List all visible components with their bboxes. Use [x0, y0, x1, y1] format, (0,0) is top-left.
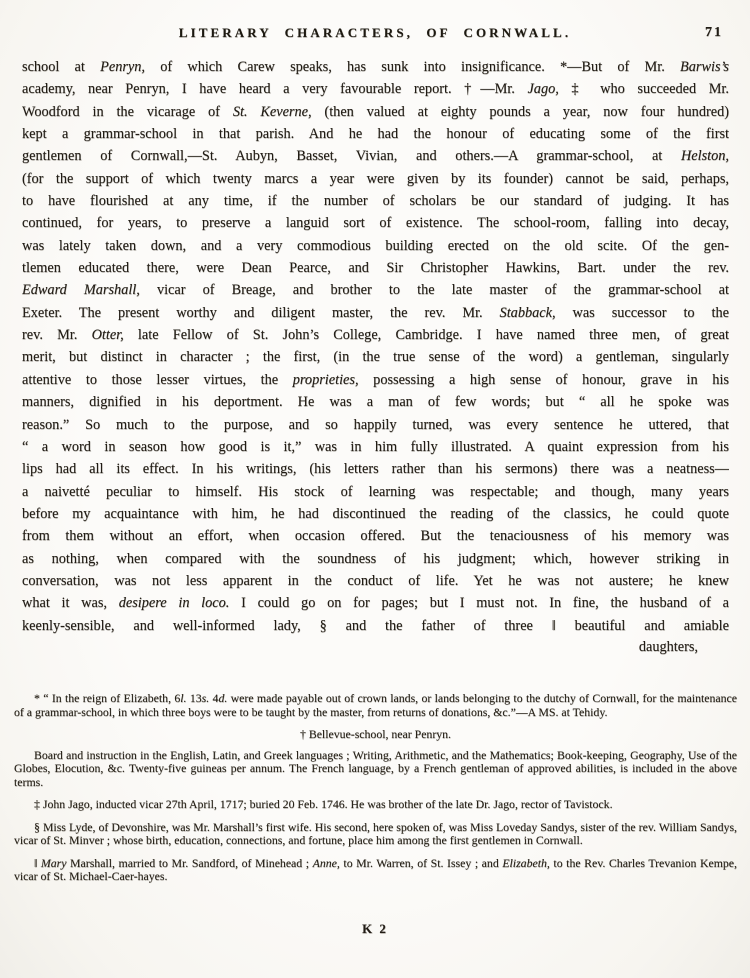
body-line: Exeter. The present worthy and diligent …: [22, 302, 729, 324]
body-line: rev. Mr. Otter, late Fellow of St. John’…: [22, 324, 729, 346]
body-line: manners, dignified in his deportment. He…: [22, 391, 729, 413]
body-line: what it was, desipere in loco. I could g…: [22, 592, 729, 614]
body-line: attentive to those lesser virtues, the p…: [22, 369, 729, 391]
body-line: keenly-sensible, and well-informed lady,…: [22, 615, 729, 637]
body-line: school at Penryn, of which Carew speaks,…: [22, 56, 729, 78]
footnote: ‡ John Jago, inducted vicar 27th April, …: [14, 798, 737, 812]
body-line: as nothing, when compared with the sound…: [22, 548, 729, 570]
body-text: school at Penryn, of which Carew speaks,…: [22, 56, 729, 637]
body-line: Edward Marshall, vicar of Breage, and br…: [22, 279, 729, 301]
body-line: merit, but distinct in character ; the f…: [22, 346, 729, 368]
running-title: LITERARY CHARACTERS, OF CORNWALL.: [179, 25, 571, 40]
footnote: † Bellevue-school, near Penryn.: [14, 728, 737, 742]
footnotes: * “ In the reign of Elizabeth, 6l. 13s. …: [14, 692, 737, 893]
footnote: Board and instruction in the English, La…: [14, 749, 737, 790]
running-head: LITERARY CHARACTERS, OF CORNWALL. 71: [0, 24, 750, 42]
catchword: daughters,: [639, 636, 698, 658]
body-line: was lately taken down, and a very commod…: [22, 235, 729, 257]
body-line: lips had all its effect. In his writings…: [22, 458, 729, 480]
body-line: (for the support of which twenty marcs a…: [22, 168, 729, 190]
body-line: conversation, was not less apparent in t…: [22, 570, 729, 592]
body-line: to have flourished at any time, if the n…: [22, 190, 729, 212]
body-line: from them without an effort, when occasi…: [22, 525, 729, 547]
footnote: * “ In the reign of Elizabeth, 6l. 13s. …: [14, 692, 737, 719]
footnote: ‖ Mary Marshall, married to Mr. Sandford…: [14, 857, 737, 884]
body-line: tlemen educated there, were Dean Pearce,…: [22, 257, 729, 279]
book-page: LITERARY CHARACTERS, OF CORNWALL. 71 sch…: [0, 0, 750, 978]
signature-mark: K 2: [0, 921, 750, 937]
body-line: academy, near Penryn, I have heard a ver…: [22, 78, 729, 100]
body-line: a naivetté peculiar to himself. His stoc…: [22, 481, 729, 503]
body-line: reason.” So much to the purpose, and so …: [22, 414, 729, 436]
body-line: kept a grammar-school in that parish. An…: [22, 123, 729, 145]
page-number: 71: [705, 25, 723, 41]
footnote: § Miss Lyde, of Devonshire, was Mr. Mars…: [14, 821, 737, 848]
body-line: before my acquaintance with him, he had …: [22, 503, 729, 525]
body-line: continued, for years, to preserve a lang…: [22, 212, 729, 234]
body-line: Woodford in the vicarage of St. Keverne,…: [22, 101, 729, 123]
body-line: “ a word in season how good is it,” was …: [22, 436, 729, 458]
body-line: gentlemen of Cornwall,—St. Aubyn, Basset…: [22, 145, 729, 167]
